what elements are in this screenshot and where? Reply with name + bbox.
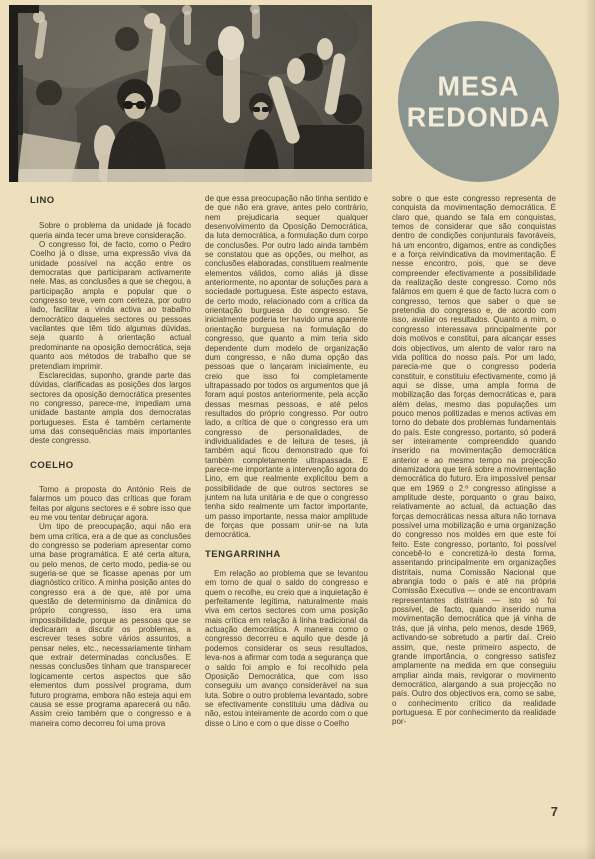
tengarrinha-paragraph: Em relação ao problema que se levantou e… [205, 569, 368, 728]
lino-paragraph: O congresso foi, de facto, como o Pedro … [30, 240, 191, 371]
mesa-redonda-badge: MESA REDONDA [398, 21, 559, 182]
lino-paragraph: Sobre o problema da unidade já focado qu… [30, 221, 191, 240]
text-column-2: de que essa preocupação não tinha sentid… [205, 194, 368, 728]
section-heading-lino: LINO [30, 196, 191, 205]
coelho-continuation-paragraph: de que essa preocupação não tinha sentid… [205, 194, 368, 540]
coelho-paragraph: Tomo a proposta do António Reis de falar… [30, 485, 191, 522]
crowd-voting-photo [9, 5, 372, 182]
lino-paragraph: Esclarecidas, suponho, grande parte das … [30, 371, 191, 446]
page-number: 7 [538, 804, 558, 819]
section-heading-coelho: COELHO [30, 461, 191, 470]
text-column-1: LINO Sobre o problema da unidade já foca… [30, 196, 191, 728]
coelho-paragraph: Um tipo de preocupação, aqui não era bem… [30, 522, 191, 728]
crowd-photo-illustration [9, 5, 372, 182]
magazine-page: MESA REDONDA LINO Sobre o problema da un… [0, 0, 595, 859]
badge-title-line1: MESA [437, 70, 519, 102]
section-heading-tengarrinha: TENGARRINHA [205, 550, 368, 559]
text-column-3: sobre o que este congresso representa de… [392, 194, 556, 727]
badge-title-line2: REDONDA [407, 101, 551, 133]
tengarrinha-continuation-paragraph: sobre o que este congresso representa de… [392, 194, 556, 727]
